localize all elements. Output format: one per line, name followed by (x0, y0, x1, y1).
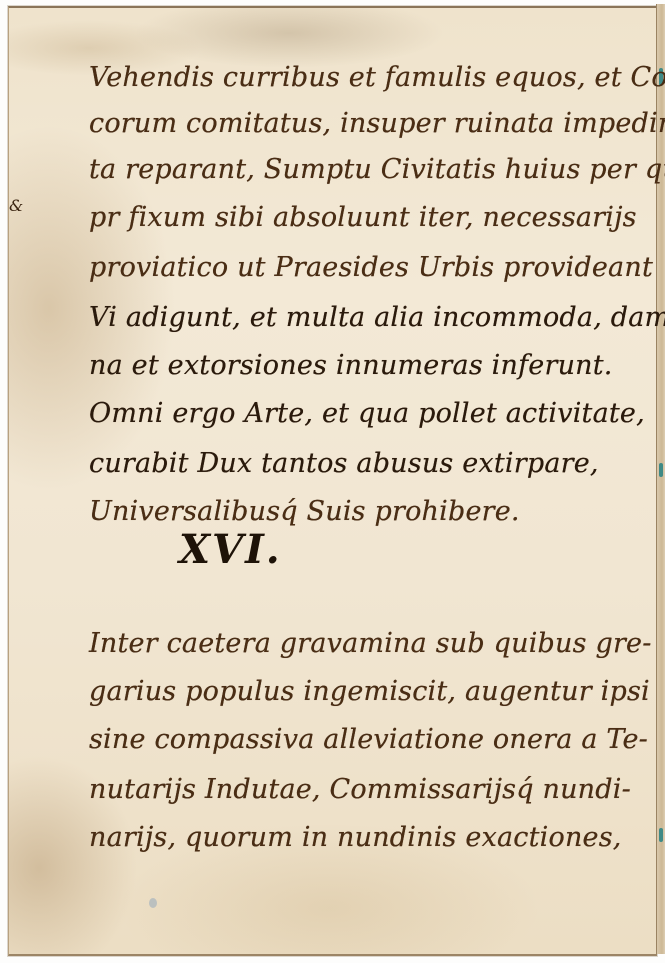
binding-thread (659, 828, 663, 842)
text-line: curabit Dux tantos abusus extirpare, (89, 448, 599, 479)
text-line: pr fixum sibi absoluunt iter, necessarij… (89, 202, 637, 233)
scan-background: & Vehendis curribus et famulis equos, et… (0, 0, 665, 963)
text-line: sine compassiva alleviatione onera a Te- (89, 724, 648, 755)
text-line: Inter caetera gravamina sub quibus gre- (89, 628, 652, 659)
binding-thread (659, 463, 663, 477)
text-line: Omni ergo Arte, et qua pollet activitate… (89, 398, 645, 429)
text-line: ta reparant, Sumptu Civitatis huius per … (89, 154, 665, 185)
text-line: garius populus ingemiscit, augentur ipsi (89, 676, 650, 707)
paper-stain (149, 898, 157, 908)
text-line: proviatico ut Praesides Urbis provideant (89, 252, 653, 283)
margin-note: & (9, 196, 23, 215)
manuscript-page: & Vehendis curribus et famulis equos, et… (8, 6, 657, 956)
text-line: Vi adigunt, et multa alia incommoda, dam… (89, 302, 665, 333)
text-line: nutarijs Indutae, Commissarijsq́ nundi- (89, 774, 631, 805)
text-line: Vehendis curribus et famulis equos, et C… (89, 62, 665, 93)
text-line: narijs, quorum in nundinis exactiones, (89, 822, 622, 853)
text-line: na et extorsiones innumeras inferunt. (89, 350, 613, 381)
text-line: Universalibusq́ Suis prohibere. (89, 496, 520, 527)
text-line: corum comitatus, insuper ruinata impedim… (89, 108, 665, 139)
section-heading: XVI. (179, 526, 282, 573)
binding-spine (656, 4, 665, 954)
